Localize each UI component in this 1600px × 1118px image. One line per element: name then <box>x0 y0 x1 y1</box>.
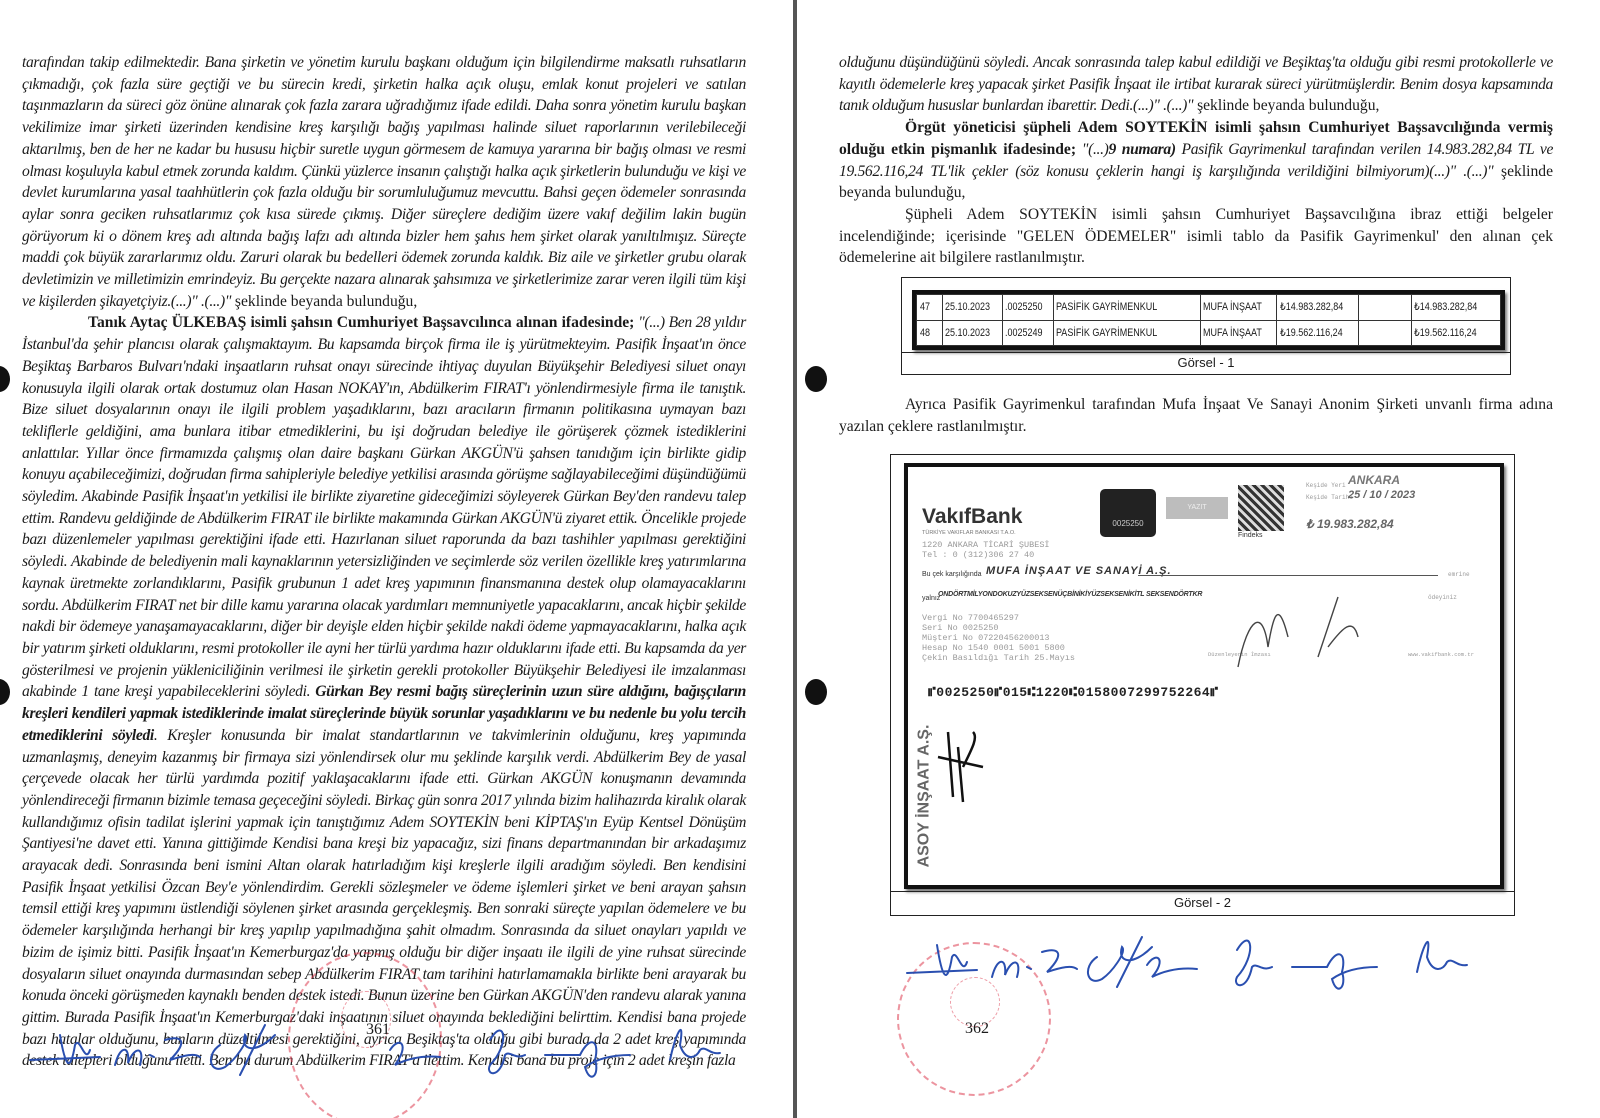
paragraph-statement-end: tarafından takip edilmektedir. Bana şirk… <box>22 52 746 312</box>
check-detail-line: Vergi No 7700465297 <box>922 613 1075 623</box>
figure-1-payments-table: 4725.10.2023.0025250PASİFİK GAYRİMENKULM… <box>901 277 1511 375</box>
endorsement-stamp-asoy: ASOY İNŞAAT A.Ş. <box>915 725 933 868</box>
punch-hole <box>805 679 827 705</box>
bank-logo: VakıfBank <box>922 505 1022 529</box>
words-suffix: ödeyiniz <box>1428 593 1457 603</box>
cell-serial: .0025250 <box>1002 295 1046 321</box>
punch-hole <box>0 679 10 705</box>
statement-suffix: şeklinde beyanda bulunduğu, <box>1193 97 1379 114</box>
branch-name: 1220 ANKARA TİCARİ ŞUBESİ <box>922 540 1050 550</box>
quoted-statement: tarafından takip edilmektedir. Bana şirk… <box>22 54 746 310</box>
cell-amount: ₺14.983.282,84 <box>1277 295 1346 321</box>
gray-label: YAZIT <box>1166 497 1228 519</box>
date-label: Keşide Tarihi <box>1306 493 1353 503</box>
cell-from: PASİFİK GAYRİMENKUL <box>1053 320 1178 346</box>
document-page-362: olduğunu düşündüğünü söyledi. Ancak sonr… <box>797 0 1600 1118</box>
payee-suffix: emrine <box>1448 570 1470 580</box>
findeks-label: Findeks <box>1238 532 1263 539</box>
cell-date: 25.10.2023 <box>942 320 993 346</box>
cell-total: ₺19.562.116,24 <box>1411 320 1487 346</box>
statement-suffix: şeklinde beyanda bulunduğu, <box>231 293 417 310</box>
body-text: tarafından takip edilmektedir. Bana şirk… <box>22 52 746 1072</box>
table-row: 4725.10.2023.0025250PASİFİK GAYRİMENKULM… <box>917 295 1501 321</box>
cell-blank <box>1358 295 1403 321</box>
check-detail-line: Seri No 0025250 <box>922 623 1075 633</box>
bank-check: VakıfBank TÜRKİYE VAKIFLAR BANKASI T.A.O… <box>904 463 1504 889</box>
amount-in-words: ONDÖRTMİLYONDOKUZYÜZSEKSENÜÇBİNİKİYÜZSEK… <box>938 591 1202 598</box>
paragraph-checks: Ayrıca Pasifik Gayrimenkul tarafından Mu… <box>839 394 1553 437</box>
hologram-icon: 0025250 <box>1100 489 1156 537</box>
quote-emphasis: 9 numara) <box>1108 141 1175 158</box>
signatures <box>897 915 1537 1005</box>
place-value: ANKARA <box>1348 473 1400 487</box>
witness-lead: Tanık Aytaç ÜLKEBAŞ isimli şahsın Cumhur… <box>88 314 634 331</box>
cell-total: ₺14.983.282,84 <box>1411 295 1487 321</box>
check-detail-line: Çekin Basıldığı Tarih 25.Mayıs <box>922 653 1075 663</box>
cell-amount: ₺19.562.116,24 <box>1277 320 1346 346</box>
endorsement-signature <box>933 727 993 807</box>
cell-to: MUFA İNŞAAT <box>1200 320 1265 346</box>
micr-line: ⑈0025250⑈015⑆1220⑆0158007299752264⑈ <box>928 685 1219 700</box>
paragraph-witness-end: olduğunu düşündüğünü söyledi. Ancak sonr… <box>839 52 1553 117</box>
quote-open: "(...) <box>1076 141 1108 158</box>
table-row: 4825.10.2023.0025249PASİFİK GAYRİMENKULM… <box>917 320 1501 346</box>
incoming-payments-table: 4725.10.2023.0025250PASİFİK GAYRİMENKULM… <box>916 294 1501 346</box>
payee-line <box>1138 575 1438 576</box>
punch-hole <box>805 366 827 392</box>
check-detail-line: Hesap No 1540 0001 5001 5800 <box>922 643 1075 653</box>
document-page-361: tarafından takip edilmektedir. Bana şirk… <box>0 0 793 1118</box>
drawer-signature <box>1228 577 1388 677</box>
amount-value: ₺ 19.983.282,84 <box>1306 517 1394 531</box>
payee-label: Bu çek karşılığında <box>922 571 982 578</box>
figure-2-check-image: VakıfBank TÜRKİYE VAKIFLAR BANKASI T.A.O… <box>890 454 1515 916</box>
figure-caption: Görsel - 1 <box>902 352 1510 373</box>
bank-website: www.vakifbank.com.tr <box>1408 650 1474 660</box>
figure-caption: Görsel - 2 <box>891 891 1514 914</box>
check-details: Vergi No 7700465297Seri No 0025250Müşter… <box>922 613 1075 663</box>
cell-blank <box>1358 320 1403 346</box>
witness-quote-part-1: "(...) Ben 28 yıldır İstanbul'da şehir p… <box>22 314 746 700</box>
check-detail-line: Müşteri No 07220456200013 <box>922 633 1075 643</box>
cell-from: PASİFİK GAYRİMENKUL <box>1053 295 1178 321</box>
date-value: 25 / 10 / 2023 <box>1348 489 1415 501</box>
place-label: Keşide Yeri <box>1306 481 1346 491</box>
qr-code-icon <box>1238 485 1284 531</box>
paragraph-documents: Şüpheli Adem SOYTEKİN isimli şahsın Cumh… <box>839 204 1553 269</box>
cell-no: 47 <box>917 295 939 321</box>
signatures <box>20 1005 740 1085</box>
body-text: olduğunu düşündüğünü söyledi. Ancak sonr… <box>839 52 1553 269</box>
page-number: 362 <box>965 1020 989 1038</box>
branch-tel: Tel : 0 (312)306 27 40 <box>922 550 1034 560</box>
cell-serial: .0025249 <box>1002 320 1046 346</box>
cell-no: 48 <box>917 320 939 346</box>
punch-hole <box>0 366 10 392</box>
cell-date: 25.10.2023 <box>942 295 993 321</box>
paragraph-suspect-statement: Örgüt yöneticisi şüpheli Adem SOYTEKİN i… <box>839 117 1553 204</box>
cell-to: MUFA İNŞAAT <box>1200 295 1265 321</box>
bank-subtitle: TÜRKİYE VAKIFLAR BANKASI T.A.O. <box>922 530 1016 536</box>
